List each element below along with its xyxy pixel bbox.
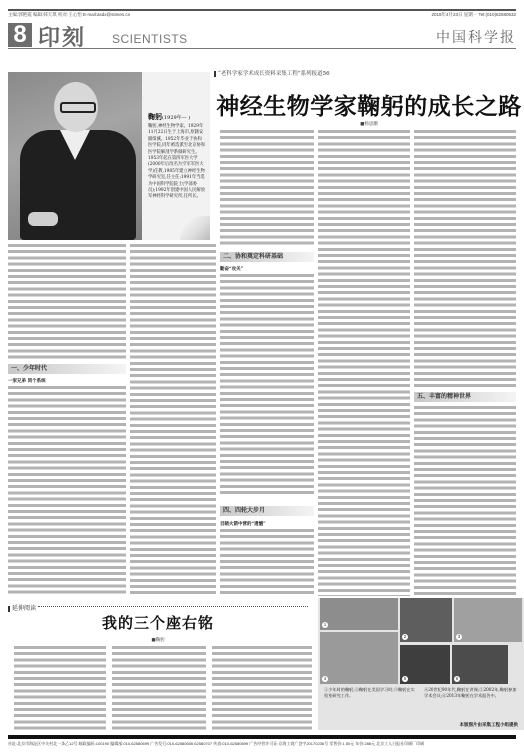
gallery-caption-left: ①少年时的鞠躬;②鞠躬在美国学习时;③鞠躬在实验室研究工作。	[324, 687, 416, 699]
body-column-5a	[414, 130, 516, 390]
body-column-1a	[8, 244, 126, 360]
byline: ■杨思鹏	[214, 121, 524, 127]
date-line: 2018年4月23日 星期一 Tel:(010)62580632	[431, 12, 516, 18]
section-heading-5: 五、丰富的精神世界	[414, 392, 516, 402]
ext-column-2	[112, 646, 206, 732]
header-rule	[8, 9, 516, 11]
page-curl-decoration	[180, 216, 210, 240]
masthead: 8 印刻 SCIENTISTS 中国科学报	[8, 22, 516, 49]
gallery-photo-6: 6	[452, 645, 508, 684]
body-column-5b	[414, 406, 516, 596]
portrait-hand	[28, 212, 58, 226]
section-title: 印刻	[38, 21, 86, 52]
ext-column-1	[14, 646, 106, 732]
section-heading-1: 一、少年时代	[8, 364, 126, 374]
subhead-3: 目睹火箭中营的“遗憾”	[220, 521, 266, 527]
body-column-3a	[220, 130, 314, 248]
editor-credits: 主编:郭艳霞 编辑:韩天琪 校对:王心怡 E-mail:asdx@stimes.…	[8, 12, 130, 18]
body-column-3b	[220, 274, 314, 494]
subhead-2: 勤奋“攻关”	[220, 266, 243, 272]
series-label: “老科学家学术成长资料采集工程”系列报道56	[214, 69, 330, 77]
body-column-3c	[220, 529, 314, 595]
body-column-2	[130, 244, 216, 596]
gallery-photo-4: 4	[320, 632, 398, 684]
portrait-glasses	[60, 102, 96, 113]
headline: 神经生物学家鞠躬的成长之路	[214, 88, 524, 121]
extended-reading-label: 延伸阅读	[8, 603, 36, 612]
section-subtitle: SCIENTISTS	[112, 32, 188, 46]
gallery-photo-2: 2	[400, 598, 452, 642]
portrait-photo	[8, 72, 142, 240]
bio-name: 鞠躬(1929年— )	[148, 112, 190, 122]
dotted-divider	[38, 606, 308, 607]
section-heading-2: 二、协和奠定科研基础	[220, 252, 314, 262]
body-column-4	[318, 130, 410, 596]
ext-column-3	[212, 646, 312, 732]
extended-reading-byline: ■鞠躬	[8, 637, 308, 643]
gallery-photo-1: 1	[320, 598, 398, 630]
gallery-photo-3: 3	[454, 598, 522, 642]
body-column-1b	[8, 386, 126, 596]
page-number: 8	[8, 23, 32, 47]
gallery-photo-5: 5	[400, 645, 450, 684]
bio-box: 鞠躬(1929年— ) 鞠躬,神经生物学家。1929年11月22日生于上海市,原…	[142, 72, 210, 240]
footer-info: 社址:北京市海淀区中关村北一条乙12号 邮政编码:100190 编辑部:010-…	[8, 741, 424, 747]
footer-rule	[8, 735, 516, 739]
subhead-1: 一家兄弟 同个系统	[8, 378, 46, 384]
paper-logo: 中国科学报	[436, 27, 516, 47]
gallery-caption-right: ④20世纪90年代,鞠躬在讲课;⑤2002年,鞠躬参加学术会议;⑥2013年鞠躬…	[424, 687, 518, 699]
gallery-credit: 本版图片由采集工程小组提供	[460, 722, 519, 728]
extended-reading-title: 我的三个座右铭	[8, 612, 308, 633]
section-heading-4: 四、四轮大步月	[220, 506, 314, 516]
bio-text: 鞠躬,神经生物学家。1929年11月22日生于上海市,原籍安徽绩溪。1952年毕…	[148, 124, 206, 201]
